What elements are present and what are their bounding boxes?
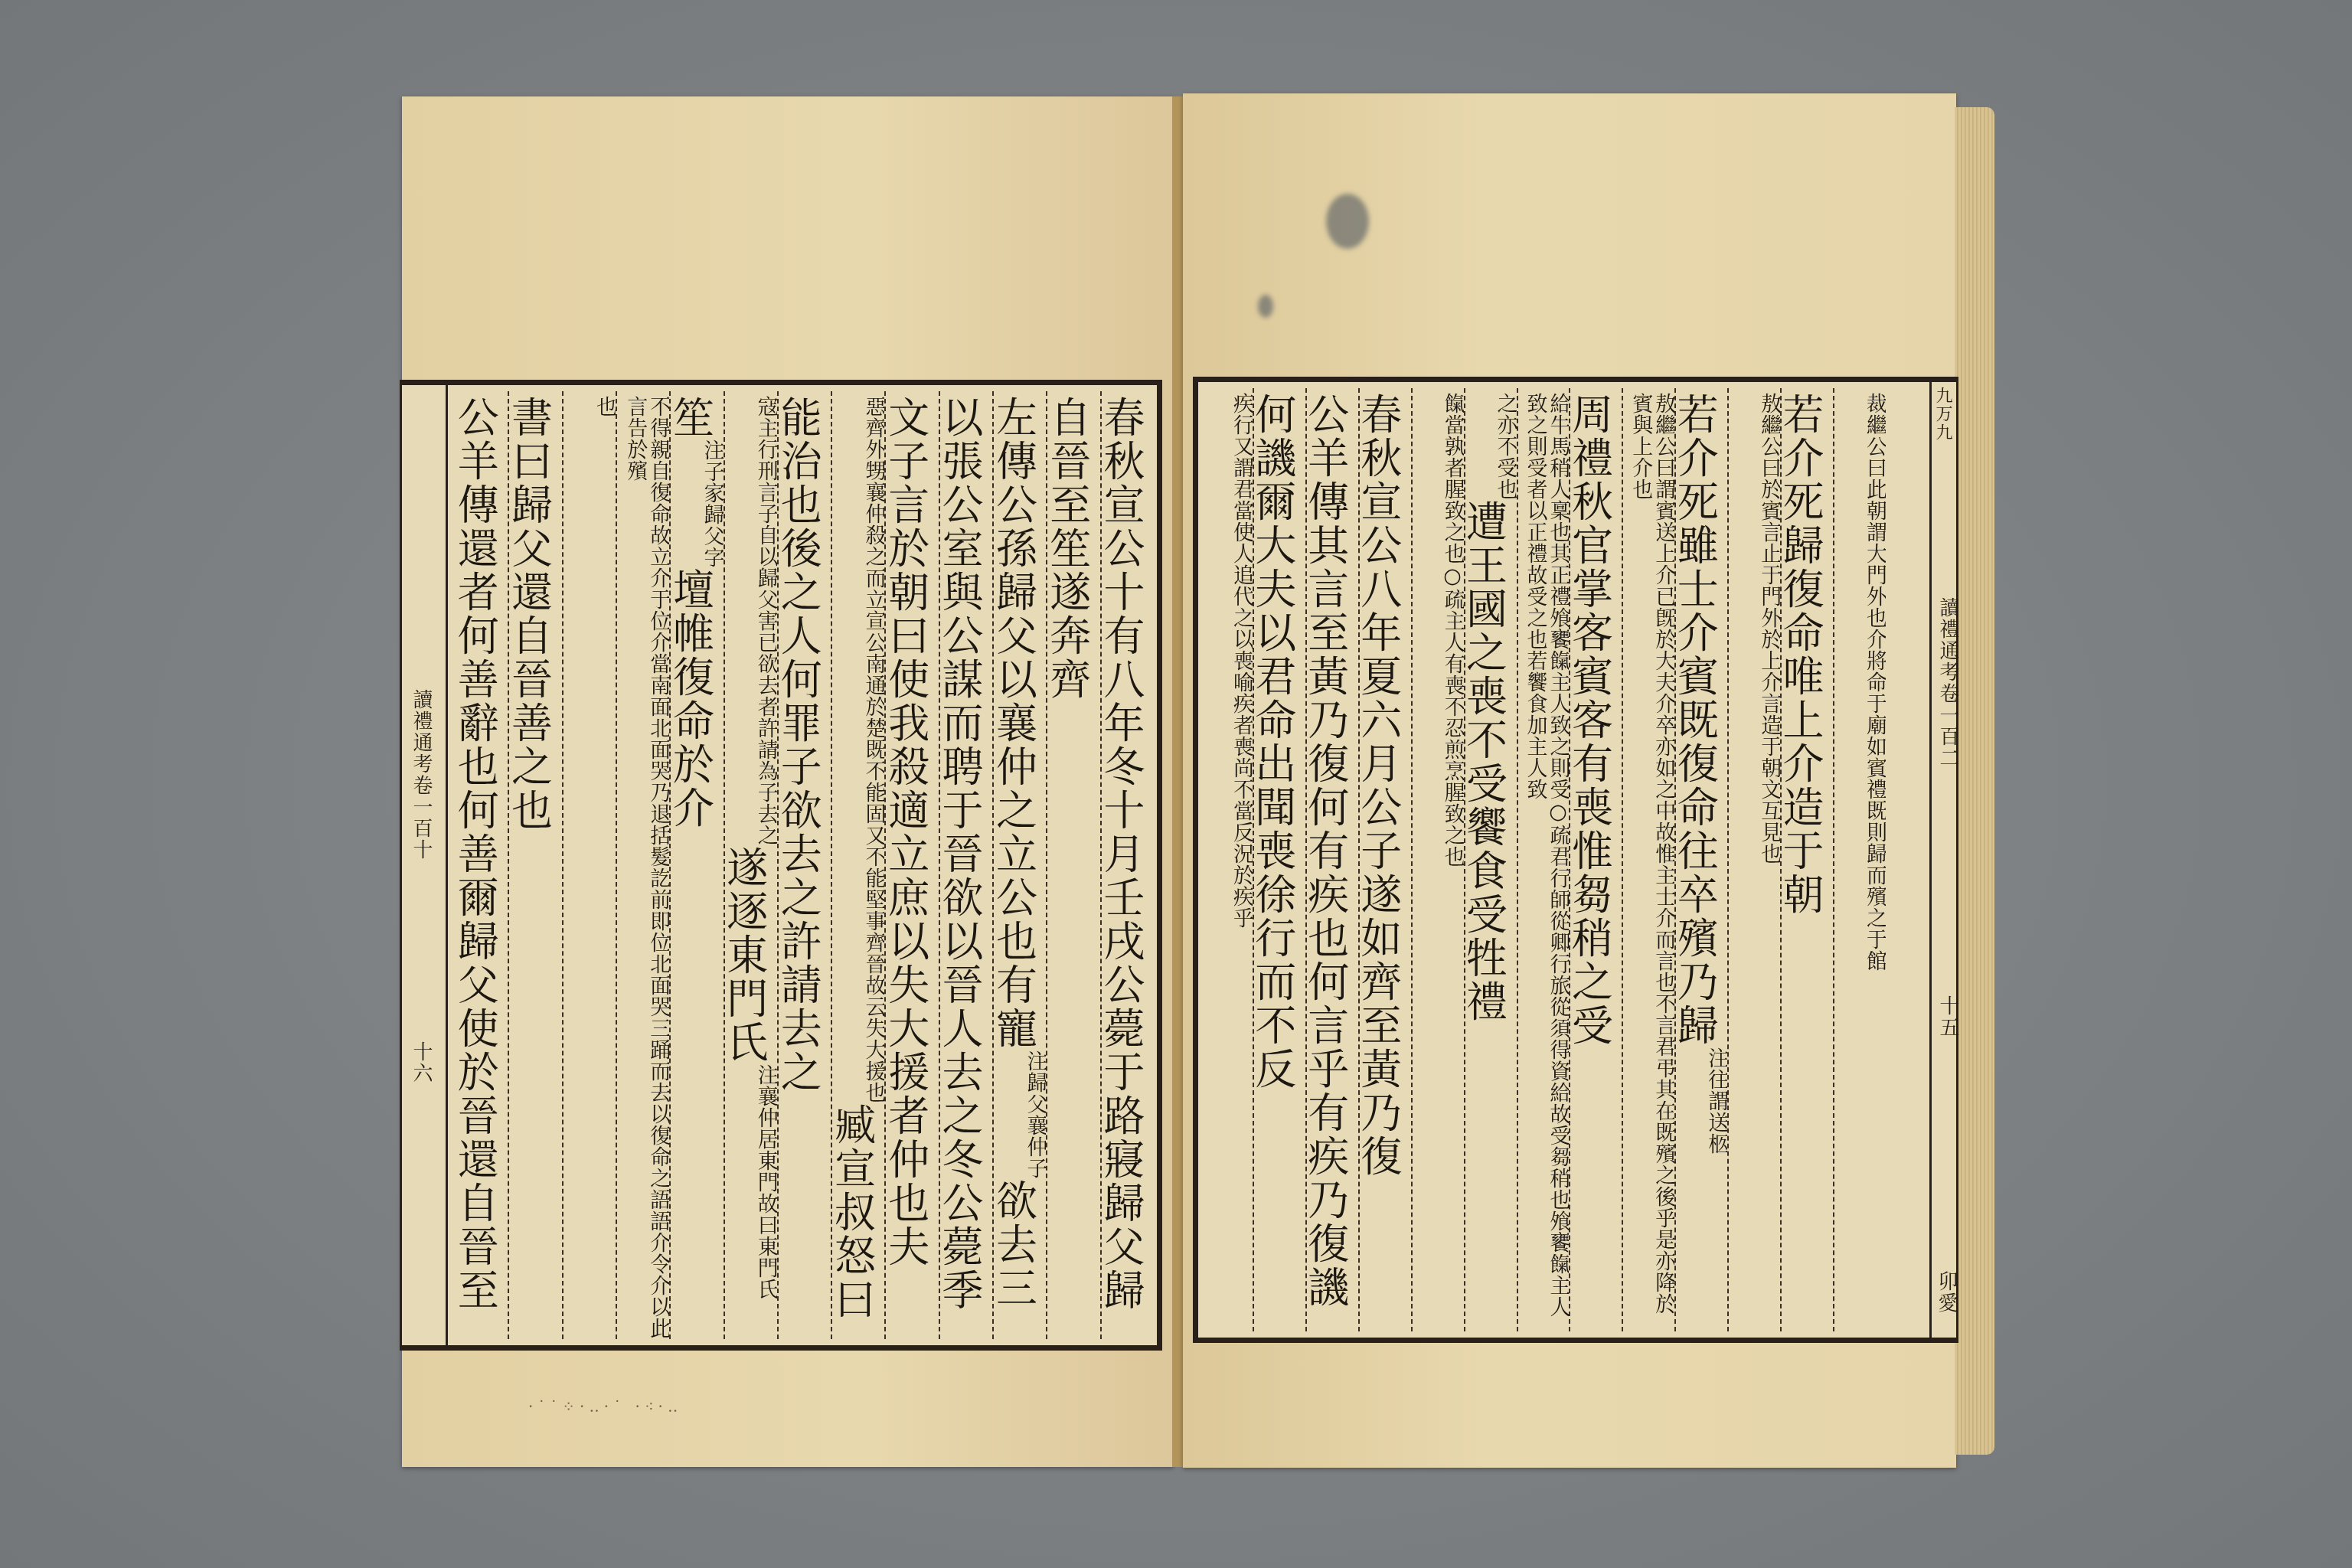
commentary-text: 也	[562, 396, 616, 417]
left-column: 春秋宣公十有八年冬十月壬戌公薨于路寢歸父歸	[1100, 391, 1154, 1339]
left-column: 不得親自復命故立介于位介當南面北面哭乃退括髮訖前即位北面哭三踊而去以復命之語語介…	[616, 391, 669, 1339]
right-column: 若介死歸復命唯上介造于朝	[1780, 388, 1833, 1331]
left-column: 以張公室與公謀而聘于晉欲以晉人去之冬公薨季	[939, 391, 992, 1339]
left-column: 也	[562, 391, 616, 1339]
left-column: 文子言於朝曰使我殺適立庶以失大援者仲也夫注適謂子	[884, 391, 938, 1339]
commentary-text: 餼當孰者腥致之也○疏主人有喪不忍煎烹腥致之也	[1411, 393, 1464, 867]
ink-smudge-bottom: ·˙˙⁘·‥·˙ ·⁖·‥	[528, 1397, 682, 1416]
left-column: 能治也後之人何罪子欲去之許請去之注宣叔文仲子武仲父許其名也時為司	[777, 391, 831, 1339]
page-stack-edge	[1955, 107, 1994, 1455]
right-margin-top-note: 九万九	[1931, 387, 1955, 442]
commentary-text: 不得親自復命故立介于位介當南面北面哭乃退括髮訖前即位北面哭三踊而去以復命之語語介…	[616, 396, 669, 1339]
commentary-text: 寇主行刑言子自以歸父害已欲去者許請為子去之	[724, 396, 777, 846]
commentary-text: 惡齊外甥襄仲殺之而立宣公南通於楚既不能固又不能堅事齊晉故云失大援也	[831, 396, 884, 1103]
right-column: 餼當孰者腥致之也○疏主人有喪不忍煎烹腥致之也	[1411, 388, 1464, 1331]
right-column: 若介死雖士介賓既復命往卒殯乃歸注往謂送柩	[1674, 388, 1727, 1331]
right-page-number: 十五	[1934, 995, 1962, 1038]
left-banxin-rule	[446, 380, 448, 1349]
commentary-text: 敖繼公曰謂賓送上介已旣於大夫介卒亦如之中故惟主士介而言也不言君弔其在既殯之後乎是…	[1622, 393, 1674, 1331]
main-text: 以張公室與公謀而聘于晉欲以晉人去之冬公薨季	[939, 396, 984, 1312]
right-banxin-title: 讀禮通考卷一百二	[1934, 597, 1962, 769]
left-column: 左傳公孫歸父以襄仲之立公也有寵注歸父襄仲子欲去三桓	[992, 391, 1046, 1339]
left-text-columns: 春秋宣公十有八年冬十月壬戌公薨于路寢歸父歸自晉至笙遂奔齊左傳公孫歸父以襄仲之立公…	[456, 391, 1154, 1339]
main-text: 文子言於朝曰使我殺適立庶以失大援者仲也夫	[884, 396, 929, 1269]
right-column: 裁繼公曰此朝謂大門外也介將命于廟如賓禮既則歸而殯之于館	[1833, 388, 1886, 1331]
commentary-text: 之亦不受也	[1464, 393, 1517, 500]
main-text: 公羊傳其言至黃乃復何有疾也何言乎有疾乃復譏	[1305, 393, 1350, 1309]
left-print-frame: 春秋宣公十有八年冬十月壬戌公薨于路寢歸父歸自晉至笙遂奔齊左傳公孫歸父以襄仲之立公…	[400, 380, 1162, 1351]
right-column: 疾行又謂君當使人追代之以喪喻疾者喪尚不當反況於疾乎	[1201, 388, 1253, 1331]
left-banxin-title: 讀禮通考卷一百十	[407, 689, 436, 861]
right-column: 周禮秋官掌客賓客有喪惟芻稍之受注不受饗食饗食加也喪謂父母死也客則又有君焉芻	[1569, 388, 1622, 1331]
right-print-frame: 裁繼公曰此朝謂大門外也介將命于廟如賓禮既則歸而殯之于館若介死歸復命唯上介造于朝敖…	[1193, 377, 1958, 1343]
commentary-text: 疾行又謂君當使人追代之以喪喻疾者喪尚不當反況於疾乎	[1201, 393, 1253, 929]
main-text: 遭王國之喪不受饗食受牲禮	[1464, 500, 1508, 1024]
main-text: 笙	[669, 396, 714, 439]
right-text-columns: 裁繼公曰此朝謂大門外也介將命于廟如賓禮既則歸而殯之于館若介死歸復命唯上介造于朝敖…	[1201, 388, 1886, 1331]
left-column: 笙注子家歸父字壇帷復命於介注除地為壇而張帷介副也將去使介反命於君○疏君之存亡皆有…	[669, 391, 723, 1339]
commentary-text: 注襄仲居東門故曰東門氏	[724, 1064, 777, 1300]
commentary-text: 給牛馬稍人稟也其正禮飧饔餼主人致之則受○疏君行師從卿行旅從須得資給故受芻稍也飧饔…	[1517, 393, 1570, 1331]
commentary-text: 敖繼公曰於賓言止于門外於上介言造于朝文互見也	[1727, 393, 1780, 864]
main-text: 若介死雖士介賓既復命往卒殯乃歸	[1674, 393, 1719, 1047]
main-text: 何譏爾大夫以君命出聞喪徐行而不反	[1253, 393, 1297, 1091]
main-text: 書曰歸父還自晉善之也	[508, 396, 553, 832]
right-column: 敖繼公曰謂賓送上介已旣於大夫介卒亦如之中故惟主士介而言也不言君弔其在既殯之後乎是…	[1622, 388, 1674, 1331]
right-column: 之亦不受也遭王國之喪不受饗食受牲禮注牲亦當為腥聲之誤也有喪不忍煎烹正禮飧饔	[1464, 388, 1517, 1331]
main-text: 若介死歸復命唯上介造于朝	[1780, 393, 1824, 916]
commentary-text: 注往謂送柩	[1674, 1047, 1727, 1155]
right-column: 何譏爾大夫以君命出聞喪徐行而不反注聞喪者聞父母之喪徐行者不忍	[1253, 388, 1305, 1331]
right-column: 給牛馬稍人稟也其正禮飧饔餼主人致之則受○疏君行師從卿行旅從須得資給故受芻稍也飧饔…	[1517, 388, 1570, 1331]
left-column: 公羊傳還者何善辭也何善爾歸父使於晉還自晉至	[456, 391, 508, 1339]
left-column: 自晉至笙遂奔齊	[1046, 391, 1099, 1339]
main-text: 壇帷復命於介	[669, 568, 714, 830]
main-text: 春秋宣公十有八年冬十月壬戌公薨于路寢歸父歸	[1100, 396, 1145, 1312]
right-column: 公羊傳其言至黃乃復何有疾也何言乎有疾乃復譏	[1305, 388, 1358, 1331]
commentary-text: 裁繼公曰此朝謂大門外也介將命于廟如賓禮既則歸而殯之于館	[1833, 393, 1886, 972]
right-margin-bottom-note: 卯愛	[1932, 1271, 1961, 1314]
main-text: 周禮秋官掌客賓客有喪惟芻稍之受	[1569, 393, 1613, 1047]
stain-spot-small	[1258, 295, 1273, 318]
left-column: 書曰歸父還自晉善之也	[508, 391, 561, 1339]
left-page-number: 十六	[407, 1041, 436, 1084]
right-column: 敖繼公曰於賓言止于門外於上介言造于朝文互見也	[1727, 388, 1780, 1331]
stain-spot-large	[1326, 194, 1369, 249]
main-text: 遂逐東門氏	[724, 846, 769, 1064]
main-text: 春秋宣公八年夏六月公子遂如齊至黃乃復	[1358, 393, 1403, 1178]
commentary-text: 注歸父襄仲子	[992, 1050, 1046, 1179]
main-text: 左傳公孫歸父以襄仲之立公也有寵	[992, 396, 1037, 1050]
main-text: 公羊傳還者何善辭也何善爾歸父使於晉還自晉至	[456, 396, 499, 1312]
right-banxin-rule	[1929, 377, 1932, 1343]
left-column: 惡齊外甥襄仲殺之而立宣公南通於楚既不能固又不能堅事齊晉故云失大援也臧宣叔怒曰當其…	[831, 391, 884, 1339]
commentary-text: 注子家歸父字	[669, 439, 723, 568]
main-text: 自晉至笙遂奔齊	[1046, 396, 1091, 701]
right-column: 春秋宣公八年夏六月公子遂如齊至黃乃復	[1358, 388, 1411, 1331]
left-column: 寇主行刑言子自以歸父害已欲去者許請為子去之遂逐東門氏注襄仲居東門故曰東門氏子家還…	[724, 391, 777, 1339]
main-text: 能治也後之人何罪子欲去之許請去之	[777, 396, 822, 1094]
